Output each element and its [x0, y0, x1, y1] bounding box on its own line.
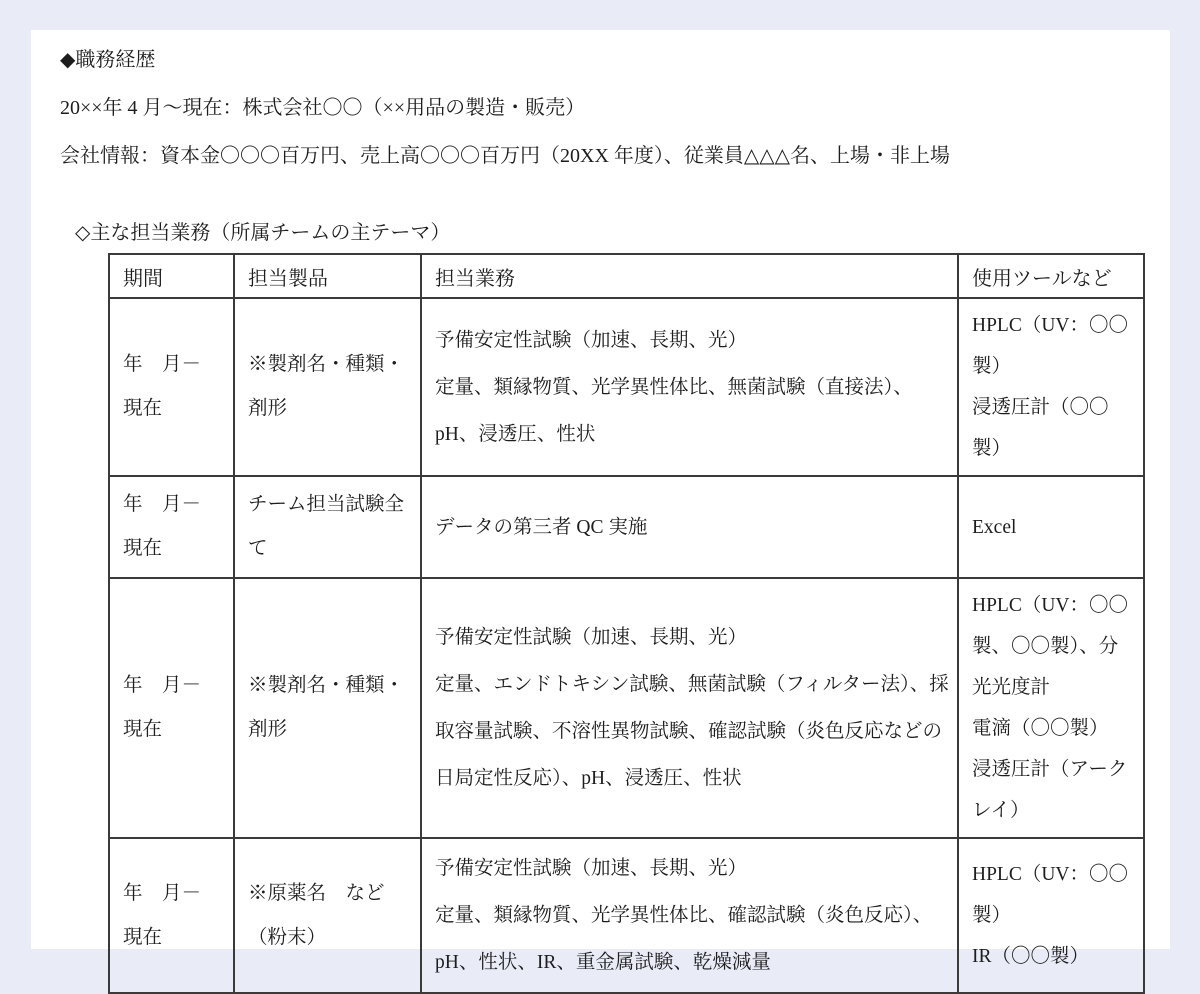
- period-cell: 年 月－ 現在: [109, 838, 234, 982]
- duties-cell: データの第三者 QC 実施: [421, 476, 958, 578]
- table-row: 年 月－ 現在 チーム担当試験全て データの第三者 QC 実施 Excel: [109, 476, 1144, 578]
- col-header-tools: 使用ツールなど: [958, 254, 1144, 298]
- employment-period-line: 20××年 4 月～現在：株式会社〇〇（××用品の製造・販売）: [60, 84, 1170, 132]
- col-header-period: 期間: [109, 254, 234, 298]
- tools-cell: HPLC（UV：〇〇製） 浸透圧計（〇〇製）: [958, 298, 1144, 476]
- col-header-product: 担当製品: [234, 254, 421, 298]
- table-row: 年 月－ 現在 ※製剤名・種類・剤形 予備安定性試験（加速、長期、光） 定量、エ…: [109, 578, 1144, 838]
- company-info-line: 会社情報：資本金〇〇〇百万円、売上高〇〇〇百万円（20XX 年度）、従業員△△△…: [60, 132, 1170, 180]
- duties-cell: 予備安定性試験（加速、長期、光） 定量、エンドトキシン試験、無菌試験（フィルター…: [421, 578, 958, 838]
- period-cell: 年 月－ 現在: [109, 578, 234, 838]
- period-cell: 年 月－ 現在: [109, 476, 234, 578]
- career-history-section: ◆職務経歴 20××年 4 月～現在：株式会社〇〇（××用品の製造・販売） 会社…: [60, 36, 1170, 180]
- period-cell: 年 月－ 現在: [109, 298, 234, 476]
- product-cell: チーム担当試験全て: [234, 476, 421, 578]
- duties-table-header: 期間 担当製品 担当業務 使用ツールなど: [109, 254, 1144, 298]
- duties-table: 期間 担当製品 担当業務 使用ツールなど 年 月－ 現在 ※製剤名・種類・剤形 …: [108, 253, 1145, 982]
- duties-table-body: 年 月－ 現在 ※製剤名・種類・剤形 予備安定性試験（加速、長期、光） 定量、類…: [109, 298, 1144, 982]
- table-row: 年 月－ 現在 ※製剤名・種類・剤形 予備安定性試験（加速、長期、光） 定量、類…: [109, 298, 1144, 476]
- duties-cell: 予備安定性試験（加速、長期、光） 定量、類縁物質、光学異性体比、確認試験（炎色反…: [421, 838, 958, 982]
- table-row: 年 月－ 現在 ※原薬名 など （粉末） 予備安定性試験（加速、長期、光） 定量…: [109, 838, 1144, 982]
- product-cell: ※製剤名・種類・剤形: [234, 578, 421, 838]
- career-history-heading: ◆職務経歴: [60, 36, 1170, 84]
- document-page: ◆職務経歴 20××年 4 月～現在：株式会社〇〇（××用品の製造・販売） 会社…: [31, 30, 1170, 949]
- tools-cell: Excel: [958, 476, 1144, 578]
- product-cell: ※原薬名 など （粉末）: [234, 838, 421, 982]
- tools-cell: HPLC（UV：〇〇製、〇〇製）、分光光度計 電滴（〇〇製） 浸透圧計（アークレ…: [958, 578, 1144, 838]
- duties-cell: 予備安定性試験（加速、長期、光） 定量、類縁物質、光学異性体比、無菌試験（直接法…: [421, 298, 958, 476]
- main-duties-heading: ◇主な担当業務（所属チームの主テーマ）: [75, 213, 1170, 253]
- header-row: 期間 担当製品 担当業務 使用ツールなど: [109, 254, 1144, 298]
- col-header-duties: 担当業務: [421, 254, 958, 298]
- product-cell: ※製剤名・種類・剤形: [234, 298, 421, 476]
- tools-cell: HPLC（UV：〇〇製） IR（〇〇製）: [958, 838, 1144, 982]
